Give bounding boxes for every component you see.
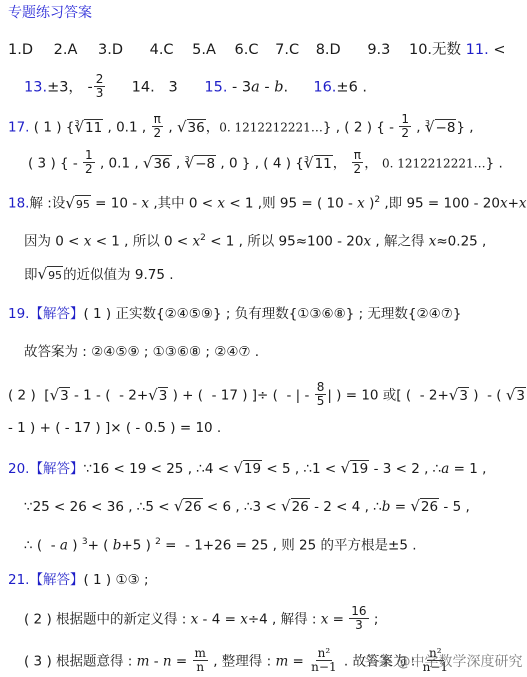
answer-13: ±3， [47,80,83,96]
q16-label: 16. [313,80,336,96]
radicand: 95 [47,266,63,284]
radical-icon: √ [449,385,459,405]
q19-line-4: - 1 ) + ( - 17 ) ]× ( - 0.5 ) = 10 . [8,418,221,438]
radical-icon: √ [50,385,60,405]
q17-label: 17. [8,120,29,136]
text: = [328,612,348,628]
var-x: x [217,196,225,212]
text: ÷4 , 解得 : [248,612,321,628]
answer-2: 2.A [54,42,78,58]
text: } , [456,120,473,136]
text: - 2 < 4 , ∴ [310,499,382,515]
answer-9: 9.3 [367,42,390,58]
answer-4: 4.C [150,42,174,58]
decimal: 0. 1212212221… [219,121,323,135]
answer-tag: 【解答】 [29,572,83,588]
radicand: 11 [84,119,103,137]
q17-line-2: ( 3 ) { - 12 , 0.1 , √36 , 3√−8 , 0 } , … [28,150,503,177]
fraction-1-2: 12 [399,113,411,140]
text: , [172,156,185,172]
q13-label: 13. [24,80,47,96]
denominator: 2 [83,163,95,176]
denominator: 2 [399,127,411,140]
text: ， [333,156,351,172]
text: = [288,654,308,670]
text: , 整理得 : [209,654,276,670]
radicand: 11 [314,155,333,173]
var-a: a [60,538,68,554]
var-m: m [137,654,150,670]
var-n: n [163,654,172,670]
text: } . [486,156,503,172]
text: ( 2 ) 根据题中的新定义得 : [24,612,191,628]
text: < 1 , 所以 0 < [91,234,192,250]
sqrt-3: √3 [148,385,168,405]
text: ) - ( [469,388,506,404]
radicand: 95 [75,195,91,213]
radical-icon: √ [233,458,243,478]
fraction-8-5: 85 [315,381,327,408]
text: , 0 } , ( 4 ) { [216,156,304,172]
text: = 1 , [449,461,486,477]
radicand: 36 [152,155,171,173]
text: ， [364,156,382,172]
fraction-n2-n-1: n²n−1 [309,647,338,674]
root-index: 3 [304,155,309,164]
text: | ) = 10 或[ ( - 2+ [327,388,448,404]
radicand: 19 [350,460,369,478]
fraction-m-n: mn [193,647,208,674]
text: < 1 ,则 95 = ( 10 - [225,196,357,212]
minus-sign: - [88,80,93,96]
numerator: π [352,149,363,163]
text: < 1 , 所以 95≈100 - 20 [206,234,364,250]
root-index: 3 [74,119,79,128]
radical-icon: √ [281,496,291,516]
q11-label: 11. [466,42,489,58]
text: ,其中 0 < [149,196,217,212]
var-x: x [363,234,371,250]
decimal: 0. 1212212221… [382,157,486,171]
var-x: x [500,196,508,212]
sqrt-19: √19 [341,458,370,478]
fraction-16-3: 163 [349,605,368,632]
q21-line-1: 21.【解答】( 1 ) ①③ ; [8,570,149,590]
q17-line-1: 17. ( 1 ) {3√11 , 0.1 , π2 , √36，0. 1212… [8,114,474,141]
radicand: −8 [435,119,457,137]
answer-7: 7.C [275,42,299,58]
sqrt-19: √19 [233,458,262,478]
text: ∵25 < 26 < 36 , ∴5 < [24,499,174,515]
text: , 解之得 [371,234,429,250]
denominator: 2 [151,127,163,140]
text: - 1 - ( - 2+ [70,388,148,404]
q19-label: 19. [8,306,29,322]
text: , [412,120,425,136]
fraction-2-3: 23 [94,73,106,100]
answers-row-2: 13.±3， -23 14. 3 15. - 3a - b. 16.±6 . [24,74,367,101]
radicand: 3 [515,387,526,405]
radicand: −8 [194,155,216,173]
var-b: b [274,80,283,96]
denominator: 3 [94,87,106,100]
text: ( 1 ) ①③ ; [83,572,148,588]
numerator: 2 [94,73,106,87]
numerator: 1 [83,149,95,163]
answer-1: 1.D [8,42,33,58]
radical-icon: √ [410,496,420,516]
q18-line-3: 即√95的近似值为 9.75 . [24,264,174,285]
radicand: 36 [187,119,206,137]
text: < 5 , ∴1 < [262,461,340,477]
answers-row-1: 1.D 2.A 3.D 4.C 5.A 6.C 7.C 8.D 9.3 10.无… [8,40,527,60]
text: ; [370,612,379,628]
text: ( 2 ) [ [8,388,50,404]
text: +5 ) [121,538,155,554]
denominator: n [194,661,206,674]
q20-line-1: 20.【解答】∵16 < 19 < 25 , ∴4 < √19 < 5 , ∴1… [8,458,486,479]
sqrt-3: √3 [506,385,526,405]
text: ) + ( - 17 ) ]÷ ( - | - [168,388,313,404]
answer-14: 14. 3 [132,80,178,96]
radical-icon: √ [341,458,351,478]
text: ( 3 ) { - [28,156,82,172]
watermark: 头条 @中学数学深度研究 [364,651,522,671]
q20-line-2: ∵25 < 26 < 36 , ∴5 < √26 < 6 , ∴3 < √26 … [24,496,470,517]
sqrt-26: √26 [410,496,439,516]
answer-10: 10.无数 [409,42,461,58]
sqrt-26: √26 [281,496,310,516]
fraction-1-2: 12 [83,149,95,176]
period: . [284,80,289,96]
denominator: 3 [353,619,365,632]
text: - 5 , [439,499,470,515]
text: + [508,196,519,212]
text: - [149,654,162,670]
radical-icon: √ [148,385,158,405]
text: < 6 , ∴3 < [203,499,281,515]
answer-16: ±6 . [336,80,367,96]
var-x: x [240,612,248,628]
text: - 4 = [198,612,240,628]
numerator: 16 [349,605,368,619]
answer-tag: 【解答】 [29,306,83,322]
denominator: 5 [315,395,327,408]
radicand: 19 [243,460,262,478]
numerator: 8 [315,381,327,395]
q20-label: 20. [8,461,29,477]
text: ， [206,120,220,136]
answer-tag: 【解答】 [29,461,83,477]
text: , 0.1 , [103,120,150,136]
text: ≈0.25 , [436,234,486,250]
answer-15-prefix: - 3 [232,80,251,96]
answer-8: 8.D [316,42,341,58]
var-m: m [275,654,288,670]
var-x: x [357,196,365,212]
q19-line-3: ( 2 ) [√3 - 1 - ( - 2+√3 ) + ( - 17 ) ]÷… [8,382,526,409]
text: - 3 < 2 , ∴ [369,461,441,477]
radical-icon: √ [177,117,187,137]
q15-label: 15. [204,80,227,96]
radicand: 26 [183,498,202,516]
text: ( 3 ) 根据题意得 : [24,654,137,670]
radical-icon: √ [174,496,184,516]
radicand: 26 [291,498,310,516]
text: ( 1 ) { [34,120,75,136]
denominator: 2 [352,163,364,176]
text: ( 1 ) 正实数{②④⑤⑨} ; 负有理数{①③⑥⑧} ; 无理数{②④⑦} [83,306,461,322]
sqrt-36: √36 [143,153,172,173]
q19-line-1: 19.【解答】( 1 ) 正实数{②④⑤⑨} ; 负有理数{①③⑥⑧} ; 无理… [8,304,461,324]
text: = - 1+26 = 25 , 则 25 的平方根是±5 . [161,538,417,554]
radical-icon: √ [506,385,516,405]
text: = [172,654,192,670]
text: 因为 0 < [24,234,84,250]
text: ) [68,538,82,554]
sqrt-3: √3 [449,385,469,405]
sqrt-95: √95 [38,264,64,284]
numerator: n² [316,647,333,661]
text: ,即 95 = 100 - 20 [380,196,500,212]
text: , [164,120,177,136]
text: , 0.1 , [96,156,143,172]
root-index: 3 [425,119,430,128]
answer-6: 6.C [235,42,259,58]
var-x: x [141,196,149,212]
text: ∵16 < 19 < 25 , ∴4 < [83,461,233,477]
answer-11: < [493,42,505,58]
text: = 10 - [91,196,142,212]
q18-line-1: 18.解 :设√95 = 10 - x ,其中 0 < x < 1 ,则 95 … [8,190,527,214]
q18-label: 18. [8,196,29,212]
q20-line-3: ∴ ( - a ) 3+ ( b+5 ) 2 = - 1+26 = 25 , 则… [24,532,417,556]
text: = [390,499,410,515]
sqrt-36: √36 [177,117,206,137]
text: ) [365,196,375,212]
radical-icon: √ [65,193,75,213]
sqrt-95: √95 [65,193,91,213]
radicand: 3 [59,387,70,405]
radical-icon: √ [38,264,48,284]
denominator: n−1 [309,661,338,674]
numerator: m [193,647,208,661]
sqrt-3: √3 [50,385,70,405]
answer-5: 5.A [192,42,216,58]
minus: - [260,80,274,96]
fraction-pi-2: π2 [151,113,163,140]
fraction-pi-2: π2 [352,149,364,176]
var-x: x [519,196,527,212]
radicand: 26 [420,498,439,516]
q21-label: 21. [8,572,29,588]
radicand: 3 [158,387,169,405]
text: + ( [88,538,113,554]
radical-icon: √ [143,153,153,173]
page-title: 专题练习答案 [8,3,92,23]
root-index: 3 [185,155,190,164]
q18-line-2: 因为 0 < x < 1 , 所以 0 < x2 < 1 , 所以 95≈100… [24,228,486,252]
text: 的近似值为 9.75 . [63,267,173,283]
text: } , ( 2 ) { - [323,120,399,136]
sqrt-26: √26 [174,496,203,516]
text: ∴ ( - [24,538,60,554]
text: 即 [24,267,38,283]
numerator: π [152,113,163,127]
radicand: 3 [458,387,469,405]
answer-3: 3.D [98,42,123,58]
var-a: a [251,80,260,96]
numerator: 1 [399,113,411,127]
q19-line-2: 故答案为 : ②④⑤⑨ ; ①③⑥⑧ ; ②④⑦ . [24,342,259,362]
text: 解 :设 [29,196,65,212]
q21-line-2: ( 2 ) 根据题中的新定义得 : x - 4 = x÷4 , 解得 : x =… [24,606,378,633]
